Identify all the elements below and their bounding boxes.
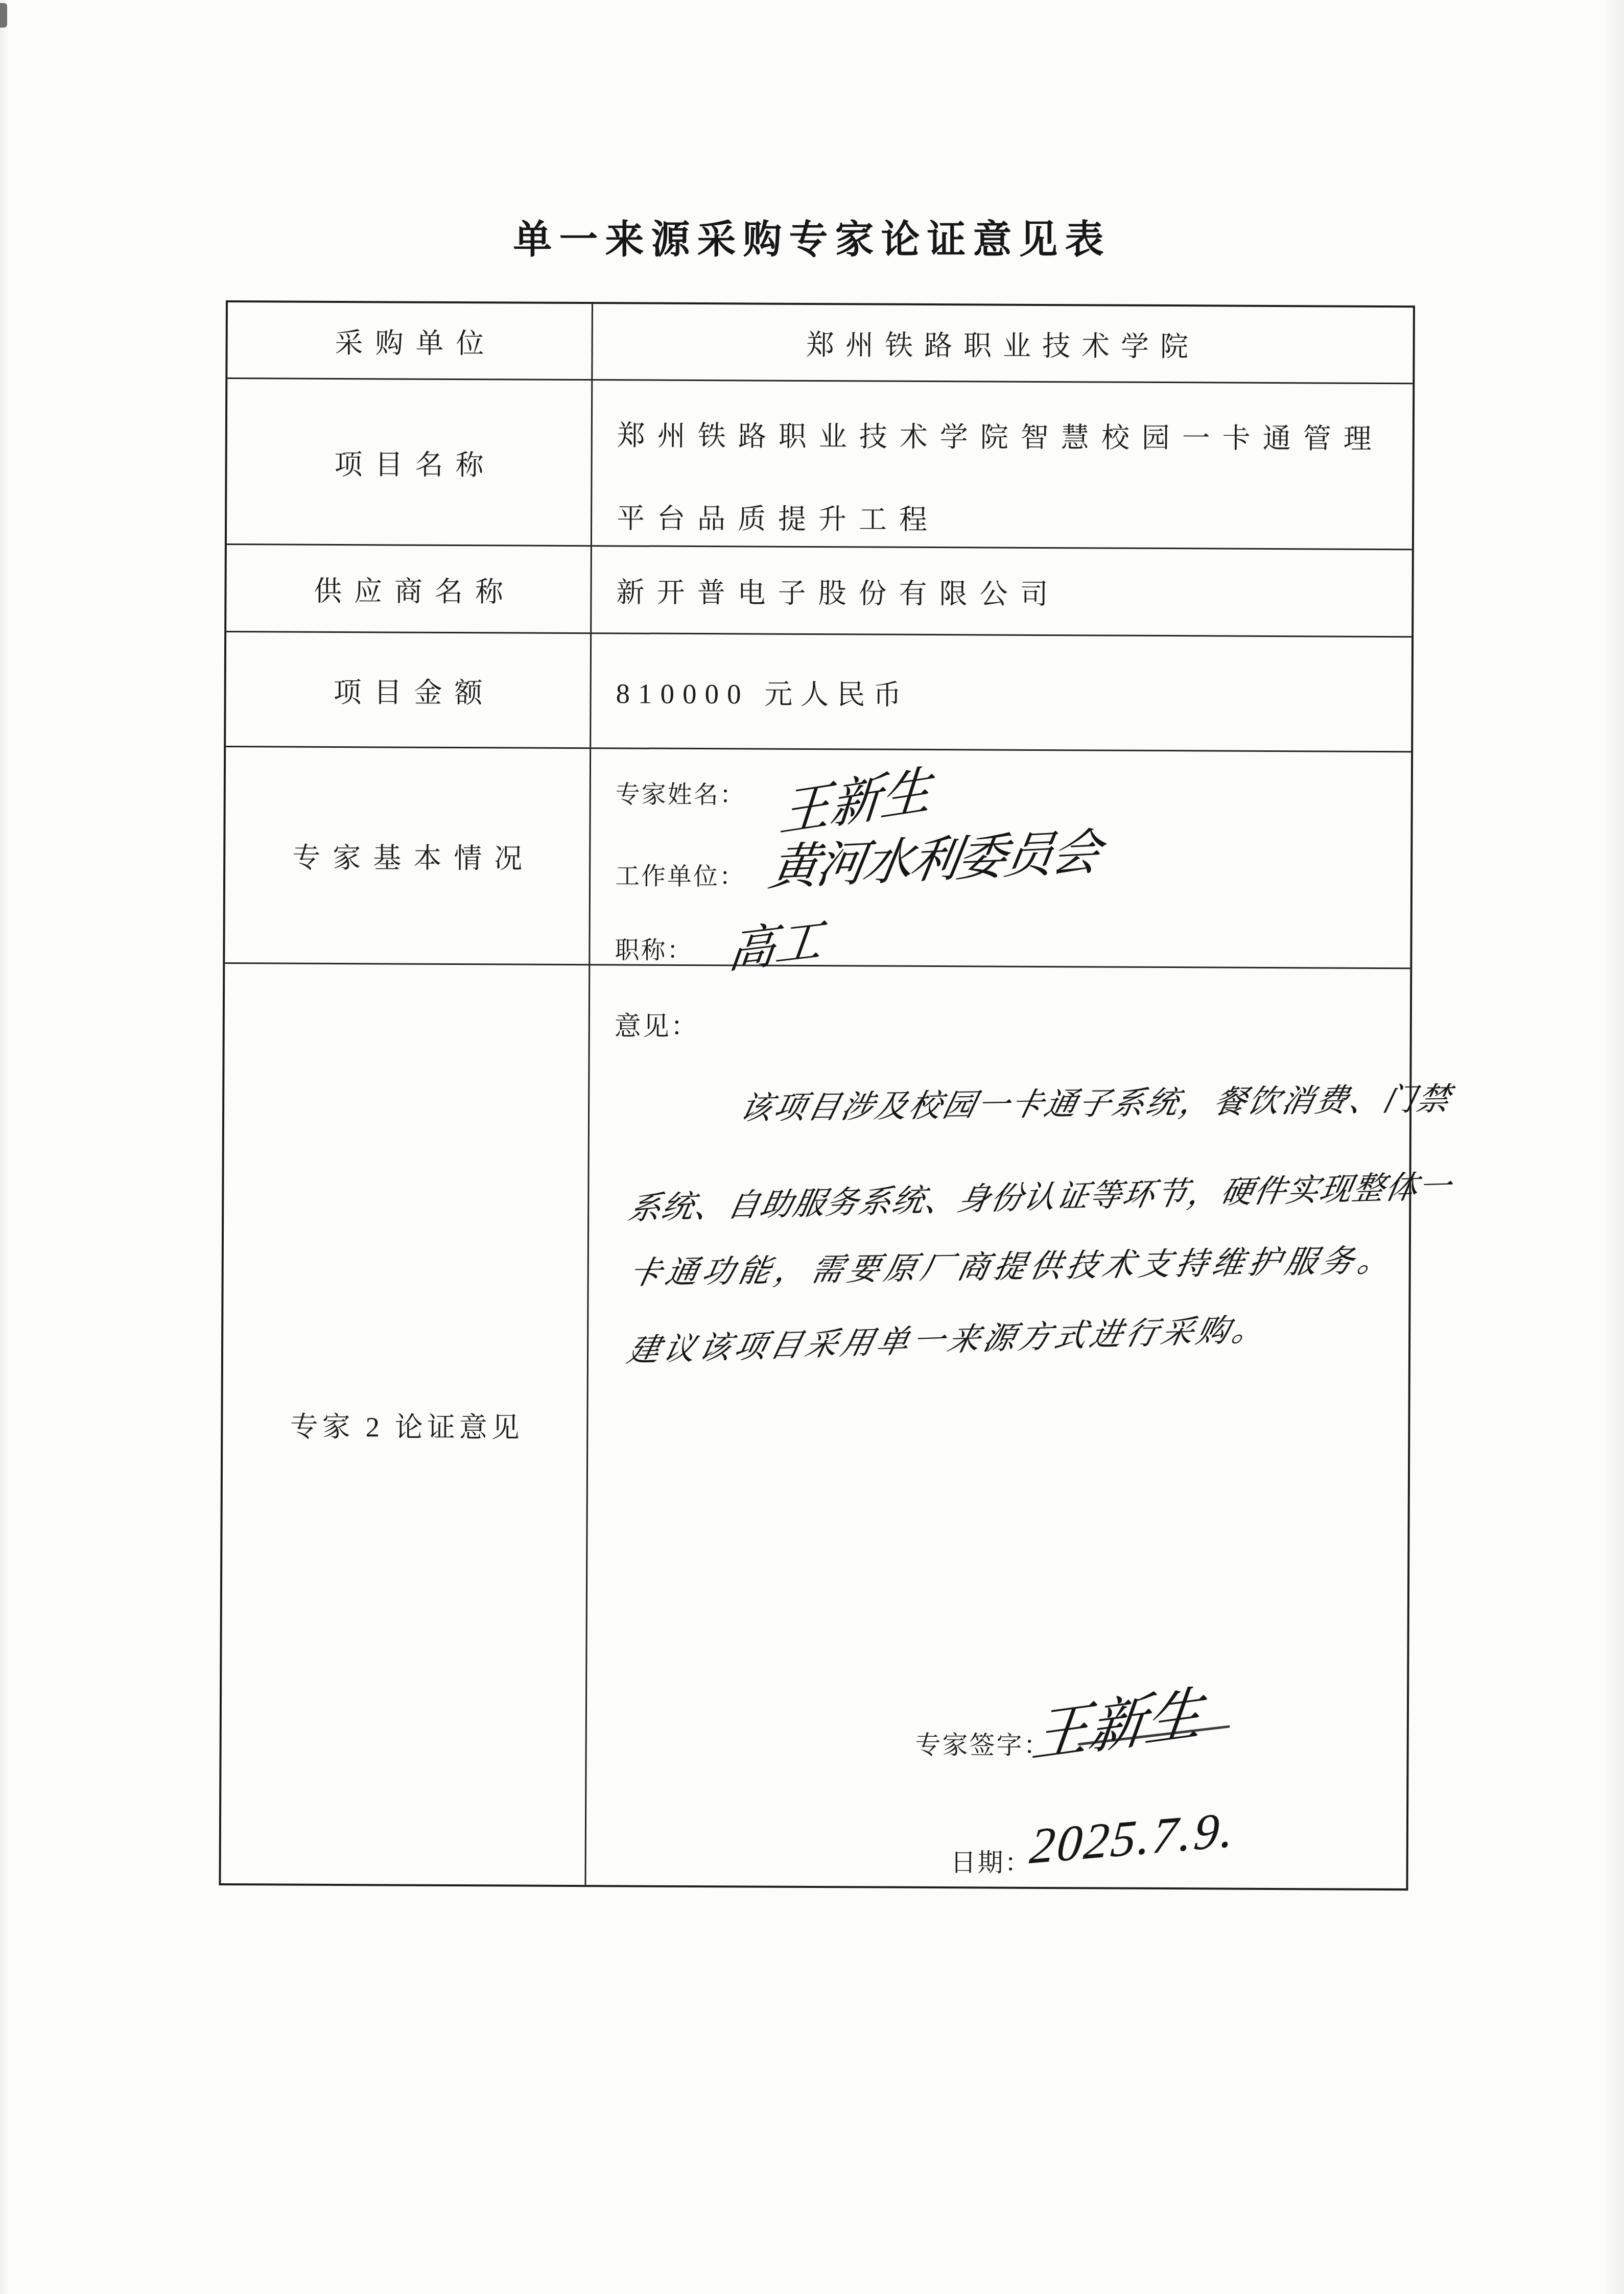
purchaser-label: 采购单位	[322, 320, 496, 361]
handwritten-signature: 王新生	[1028, 1666, 1209, 1774]
document-page: 单一来源采购专家论证意见表 采购单位 郑州铁路职业技术学院 项目名称 郑州铁路职…	[0, 0, 1624, 2294]
project-value-cell: 郑州铁路职业技术学院智慧校园一卡通管理 平台品质提升工程	[592, 381, 1413, 549]
opinion-label: 专家 2 论证意见	[286, 1404, 524, 1445]
row-supplier: 供应商名称 新开普电子股份有限公司	[226, 543, 1412, 636]
handwritten-date: 2025.7.9.	[1027, 1801, 1238, 1876]
date-label: 日期：	[951, 1842, 1032, 1879]
handwritten-opinion-line1: 该项目涉及校园一卡通子系统，餐饮消费、门禁	[736, 1073, 1457, 1128]
expert-info-label-cell: 专家基本情况	[225, 747, 591, 964]
scan-edge-shade-left	[0, 0, 9, 2294]
supplier-label-cell: 供应商名称	[226, 545, 592, 632]
expert-unit-label: 工作单位：	[615, 856, 745, 892]
row-project-name: 项目名称 郑州铁路职业技术学院智慧校园一卡通管理 平台品质提升工程	[227, 377, 1413, 549]
scan-artifact	[0, 3, 7, 28]
row-purchaser: 采购单位 郑州铁路职业技术学院	[227, 302, 1413, 383]
expert-title-label: 职称：	[615, 930, 693, 966]
project-label-cell: 项目名称	[227, 379, 593, 545]
page-title: 单一来源采购专家论证意见表	[0, 208, 1624, 264]
supplier-value: 新开普电子股份有限公司	[592, 570, 1060, 612]
handwritten-opinion-line2: 系统、自助服务系统、身份认证等环节，硬件实现整体一	[625, 1161, 1456, 1228]
scan-edge-shade-right	[1604, 0, 1624, 2294]
handwritten-opinion-line4: 建议该项目采用单一来源方式进行采购。	[624, 1304, 1274, 1370]
supplier-label: 供应商名称	[301, 568, 515, 609]
row-amount: 项目金额 810000 元人民币	[226, 631, 1411, 751]
amount-label: 项目金额	[321, 669, 495, 710]
amount-value: 810000 元人民币	[592, 671, 910, 713]
row-expert-info: 专家基本情况 专家姓名： 王新生 工作单位： 黄河水利委员会 职称： 高工	[225, 746, 1411, 967]
purchaser-value-cell: 郑州铁路职业技术学院	[593, 304, 1413, 383]
expert-info-value-cell: 专家姓名： 王新生 工作单位： 黄河水利委员会 职称： 高工	[590, 749, 1411, 967]
row-expert2-opinion: 专家 2 论证意见 意见： 该项目涉及校园一卡通子系统，餐饮消费、门禁 系统、自…	[221, 962, 1410, 1888]
form-table: 采购单位 郑州铁路职业技术学院 项目名称 郑州铁路职业技术学院智慧校园一卡通管理…	[219, 300, 1415, 1890]
opinion-value-cell: 意见： 该项目涉及校园一卡通子系统，餐饮消费、门禁 系统、自助服务系统、身份认证…	[586, 965, 1410, 1888]
purchaser-label-cell: 采购单位	[227, 302, 593, 379]
project-value-line1: 郑州铁路职业技术学院智慧校园一卡通管理	[617, 394, 1397, 481]
expert-info-label: 专家基本情况	[280, 835, 534, 876]
purchaser-value: 郑州铁路职业技术学院	[806, 322, 1199, 364]
handwritten-opinion-line3: 卡通功能，需要原厂商提供技术支持维护服务。	[626, 1235, 1400, 1293]
amount-label-cell: 项目金额	[226, 632, 592, 747]
expert-name-label: 专家姓名：	[616, 774, 746, 810]
supplier-value-cell: 新开普电子股份有限公司	[592, 547, 1412, 636]
opinion-label-cell: 专家 2 论证意见	[221, 964, 590, 1885]
opinion-field-label: 意见：	[615, 1004, 699, 1043]
project-label: 项目名称	[322, 441, 496, 482]
amount-value-cell: 810000 元人民币	[591, 634, 1411, 751]
scanned-document-page: { "page": { "title": "单一来源采购专家论证意见表" }, …	[0, 0, 1624, 2294]
